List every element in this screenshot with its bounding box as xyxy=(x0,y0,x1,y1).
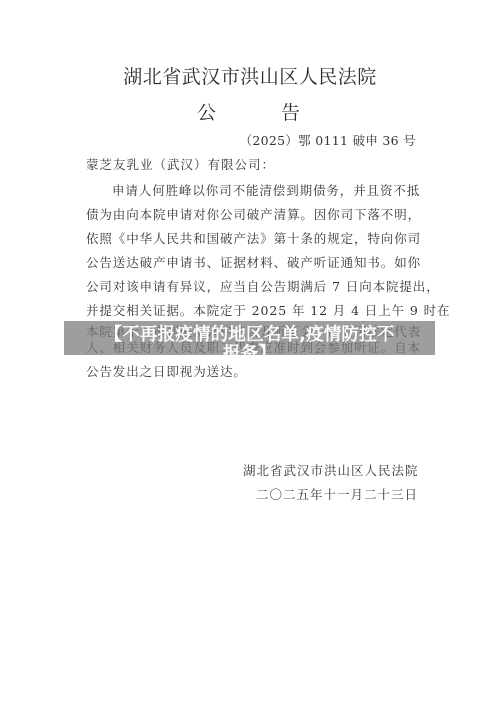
body-line: 依照《中华人民共和国破产法》第十条的规定，特向你司 xyxy=(86,229,421,247)
body-line: 公告发出之日即视为送达。 xyxy=(86,362,247,380)
signature-court: 湖北省武汉市洪山区人民法院 xyxy=(243,461,419,479)
court-name-heading: 湖北省武汉市洪山区人民法院 xyxy=(0,62,500,89)
body-line: 债为由向本院申请对你公司破产清算。因你司下落不明， xyxy=(86,205,421,223)
caption-line-1: 【不再报疫情的地区名单,疫情防控不 xyxy=(64,326,435,345)
case-number: （2025）鄂 0111 破申 36 号 xyxy=(240,131,416,149)
signature-date: 二〇二五年十一月二十三日 xyxy=(256,485,418,503)
body-line: 申请人何胜峰以你司不能清偿到期债务，并且资不抵 xyxy=(112,181,420,199)
body-line: 公司对该申请有异议，应当自公告期满后 7 日向本院提出， xyxy=(86,277,440,295)
notice-heading-part-1: 公 xyxy=(197,98,216,125)
notice-heading-part-2: 告 xyxy=(281,98,300,125)
caption-line-2: 报备】 xyxy=(64,345,435,364)
addressee: 蒙芝友乳业（武汉）有限公司： xyxy=(86,155,275,173)
body-line: 并提交相关证据。本院定于 2025 年 12 月 4 日上午 9 时在 xyxy=(86,301,450,319)
body-line: 公告送达破产申请书、证据材料、破产听证通知书。如你 xyxy=(86,253,421,271)
caption-overlay-text: 【不再报疫情的地区名单,疫情防控不 报备】 xyxy=(64,326,435,364)
